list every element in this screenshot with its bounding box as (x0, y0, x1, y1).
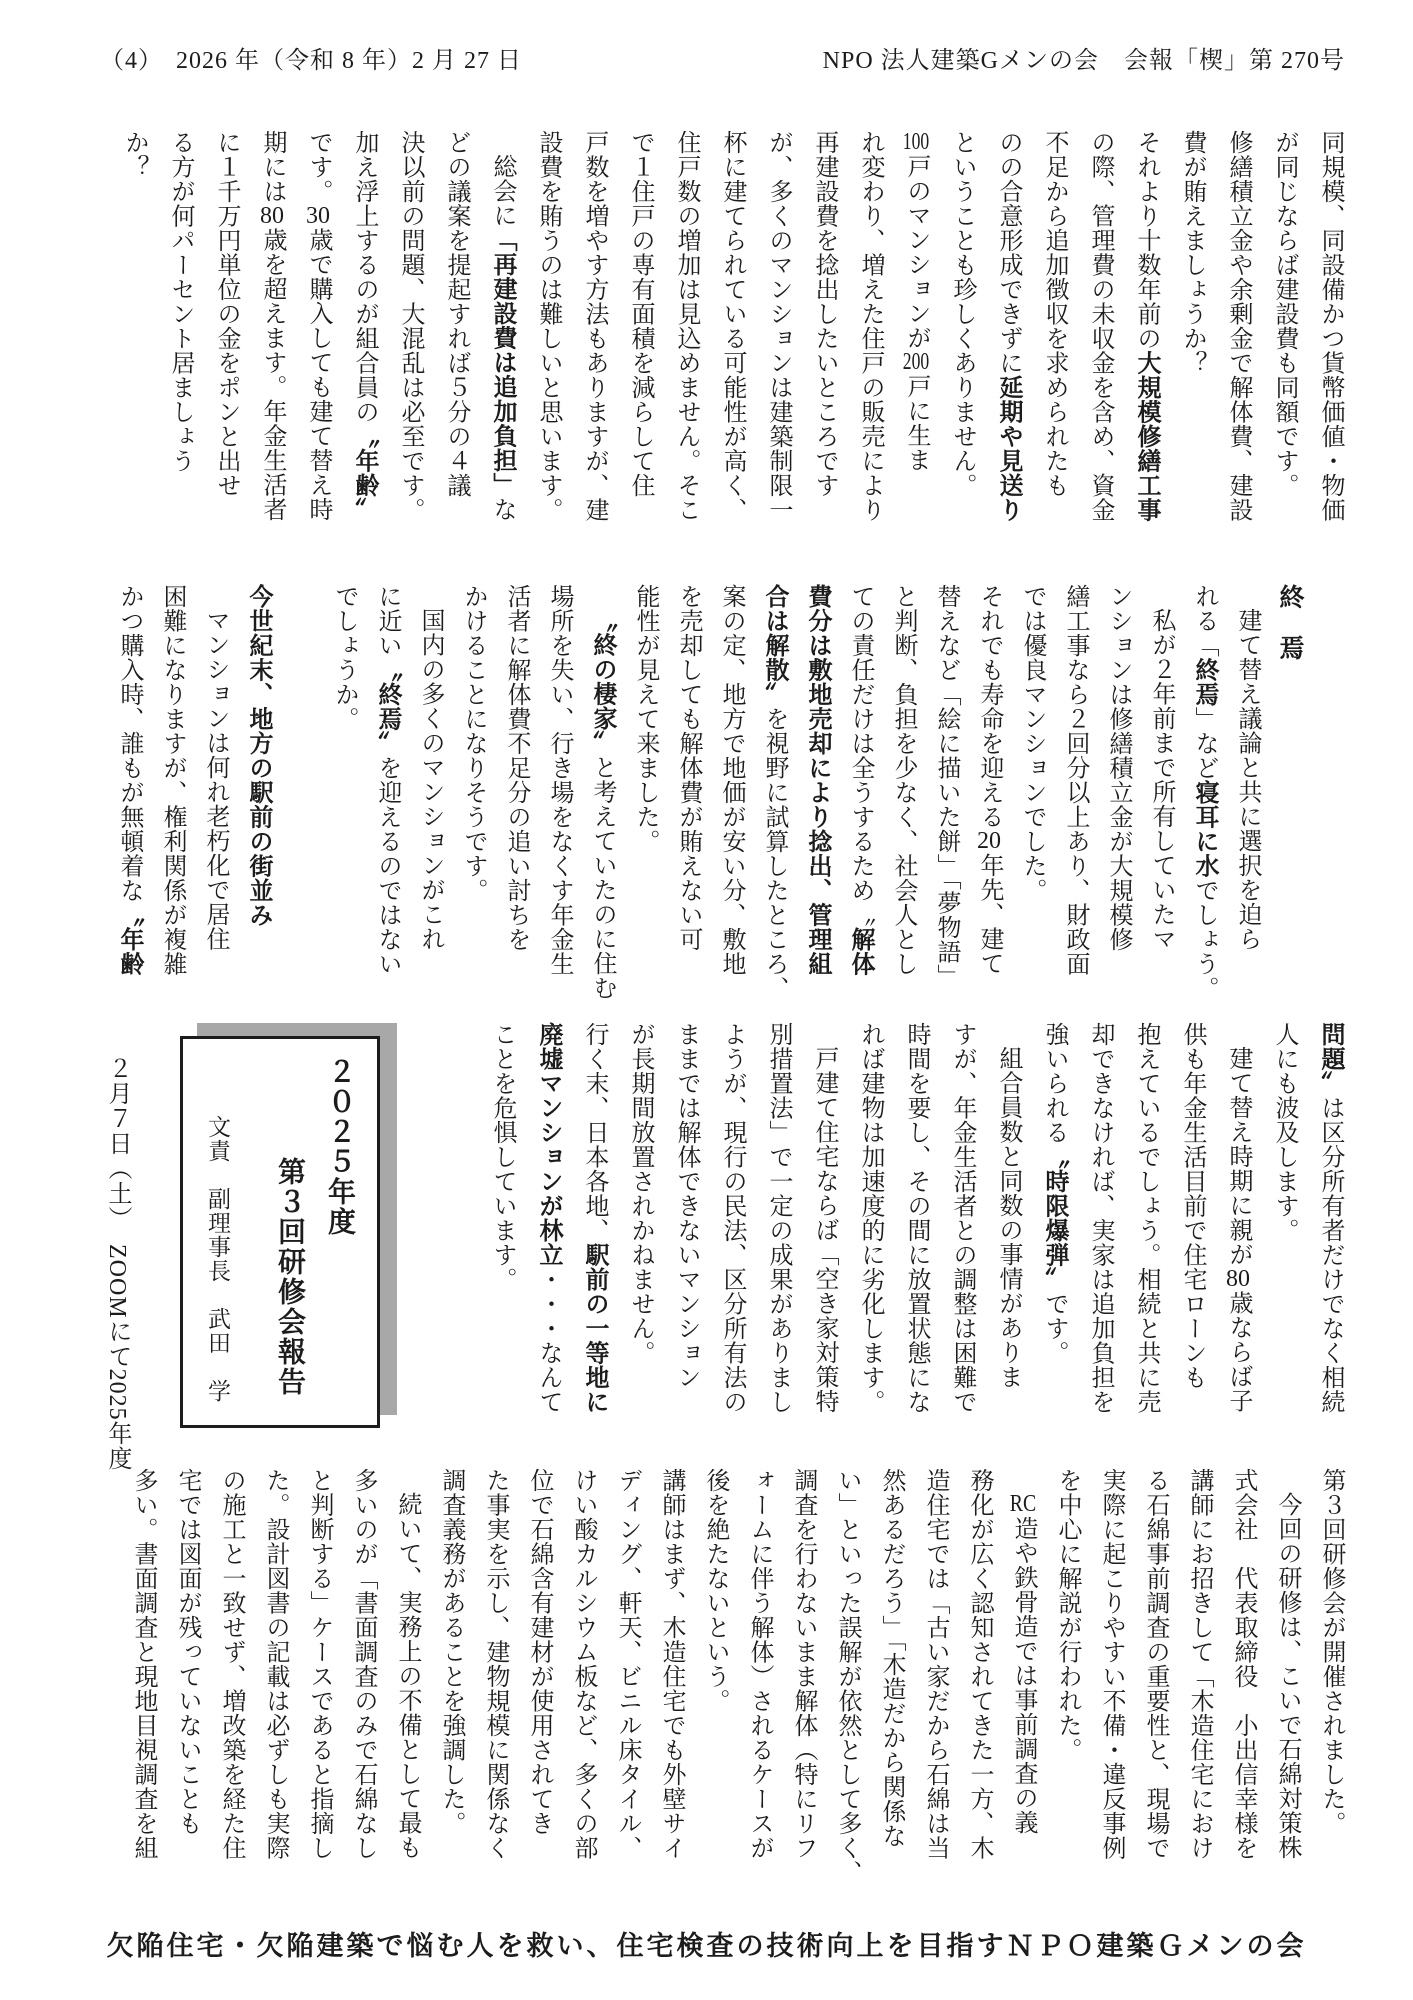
report-date-column: ２月７日（土） ZOOMにて2025年度 (100, 1056, 135, 1436)
text-column: 務化が広く認知されてきた一方、木 (957, 1468, 1001, 1883)
report-title-name: 第３回研修会報告 (265, 1057, 315, 1407)
text-column: が、多くのマンションは建築制限一 (755, 130, 801, 545)
text-column: と判断する」ケースであると指摘し (297, 1468, 341, 1883)
text-column: 組合員数と同数の事情がありま (985, 1022, 1031, 1437)
text-column: 多いのが「書面調査のみで石綿なし (341, 1468, 385, 1883)
text-column: 抱えているでしょう。相続と共に売 (1123, 1022, 1169, 1437)
text-column: れ変わり、増えた住戸の販売により (847, 130, 893, 545)
text-column: ンションは修繕積立金が大規模修 (1096, 584, 1139, 999)
text-column: 戸建て住宅ならば「空き家対策特 (801, 1022, 847, 1437)
text-column: 時間を要し、その間に放置状態にな (893, 1022, 939, 1437)
text-column: 調査義務があることを強調した。 (429, 1468, 473, 1883)
text-column: のの合意形成できずに延期や見送り (985, 130, 1031, 545)
report-title-box: ２０２５年度 第３回研修会報告 文責 副理事長 武田 学 (180, 1036, 380, 1428)
report-credit: 文責 副理事長 武田 学 (197, 1057, 237, 1407)
text-column: 不足から追加徴収を求められたも (1031, 130, 1077, 545)
text-column: で１住戸の専有面積を減らして住 (617, 130, 663, 545)
text-column: かつ購入時、誰もが無頓着な〝年齢 (107, 584, 150, 999)
text-column: 講師にお招きして「木造住宅におけ (1177, 1468, 1221, 1883)
text-column: を売却しても解体費が賄えない可 (666, 584, 709, 999)
text-column: 式会社 代表取締役 小出信幸様を (1221, 1468, 1265, 1883)
text-column: 造住宅では「古い家だから石綿は当 (913, 1468, 957, 1883)
text-column: れば建物は加速度的に劣化します。 (847, 1022, 893, 1437)
text-column: ォームに伴う解体）されるケースが (737, 1468, 781, 1883)
text-column: 実際に起こりやすい不備・違反事例 (1089, 1468, 1133, 1883)
text-column: 強いられる〝時限爆弾〟です。 (1031, 1022, 1077, 1437)
text-column: それでも寿命を迎える20年先、建て (967, 584, 1010, 999)
text-column: 人にも波及します。 (1261, 1022, 1307, 1437)
text-column: 講師はまず、木造住宅でも外壁サイ (649, 1468, 693, 1883)
page-footer-slogan: 欠陥住宅・欠陥建築で悩む人を救い、住宅検査の技術向上を目指すＮＰＯ建築Ｇメンの会 (0, 1924, 1413, 1963)
text-band-1: 同規模、同設備かつ貨幣価値・物価が同じならば建設費も同額です。修繕積立金や余剰金… (111, 130, 1353, 545)
text-column: 修繕積立金や余剰金で解体費、建設 (1215, 130, 1261, 545)
text-column: 替えなど「絵に描いた餅」「夢物語」 (924, 584, 967, 999)
text-column: ようが、現行の民法、区分所有法の (709, 1022, 755, 1437)
text-column: 今世紀末、地方の駅前の街並み (236, 584, 279, 999)
text-column: と判断、負担を少なく、社会人とし (881, 584, 924, 999)
text-column: が同じならば建設費も同額です。 (1261, 130, 1307, 545)
page-header: （4） 2026 年（令和 8 年）2 月 27 日 NPO 法人建築Gメンの会… (0, 40, 1413, 80)
text-column: 位で石綿含有建材が使用されてき (517, 1468, 561, 1883)
text-column: 別措置法」で一定の成果がありまし (755, 1022, 801, 1437)
text-column: 総会に「再建設費は追加負担」な (479, 130, 525, 545)
text-column: 供も年金生活目前で住宅ローンも (1169, 1022, 1215, 1437)
text-column: た事実を示し、建物規模に関係なく (473, 1468, 517, 1883)
text-column: 加え浮上するのが組合員の〝年齢〟 (341, 130, 387, 545)
text-column: 案の定、地方で地価が安い分、敷地 (709, 584, 752, 999)
text-band-2: 終 焉建て替え議論と共に選択を迫られる「終焉」など寝耳に水でしょう。私が２年前ま… (107, 584, 1311, 999)
text-column: 活者に解体費不足分の追い討ちを (494, 584, 537, 999)
text-column: 繕工事なら２回分以上あり、財政面 (1053, 584, 1096, 999)
text-column: る石綿事前調査の重要性と、現場で (1133, 1468, 1177, 1883)
report-title-year: ２０２５年度 (315, 1057, 365, 1407)
text-column: どの議案を提起すれば５分の４議 (433, 130, 479, 545)
text-column: 費が賄えましょうか？ (1169, 130, 1215, 545)
text-column: RC造や鉄骨造では事前調査の義 (1001, 1468, 1045, 1883)
text-column: 多い。書面調査と現地目視調査を組 (121, 1468, 165, 1883)
text-column: 杯に建てられている可能性が高く、 (709, 130, 755, 545)
text-column: 同規模、同設備かつ貨幣価値・物価 (1307, 130, 1353, 545)
newsletter-title: NPO 法人建築Gメンの会 会報「楔」第 270号 (823, 40, 1345, 75)
text-column: を中心に解説が行われた。 (1045, 1468, 1089, 1883)
page-number-date: （4） 2026 年（令和 8 年）2 月 27 日 (100, 40, 522, 75)
text-column: 然あるだろう」「木造だから関係な (869, 1468, 913, 1883)
text-column: 住戸数の増加は見込めません。そこ (663, 130, 709, 545)
text-column: すが、年金生活者との調整は困難で (939, 1022, 985, 1437)
text-band-3: 問題〟は区分所有者だけでなく相続人にも波及します。建て替え時期に親が80歳ならば… (479, 1022, 1353, 1437)
text-band-4: 第３回研修会が開催されました。今回の研修は、こいで石綿対策株式会社 代表取締役 … (121, 1468, 1353, 1883)
text-column: 今回の研修は、こいで石綿対策株 (1265, 1468, 1309, 1883)
text-column: 後を絶たないという。 (693, 1468, 737, 1883)
text-column: 私が２年前まで所有していたマ (1139, 584, 1182, 999)
text-column: ディング、軒天、ビニル床タイル、 (605, 1468, 649, 1883)
text-column: 〝終の棲家〟と考えていたのに住む (580, 584, 623, 999)
text-column: 再建設費を捻出したいところです (801, 130, 847, 545)
text-column: 能性が見えて来ました。 (623, 584, 666, 999)
text-column: 廃墟マンションが林立・・・なんて (525, 1022, 571, 1437)
text-column: かけることになりそうです。 (451, 584, 494, 999)
text-column: です。30歳で購入しても建て替え時 (295, 130, 341, 545)
text-column: に近い〝終焉〟を迎えるのではない (365, 584, 408, 999)
text-column: る方が何パーセント居ましょう (157, 130, 203, 545)
text-column: ままでは解体できないマンション (663, 1022, 709, 1437)
text-column: た。設計図書の記載は必ずしも実際 (253, 1468, 297, 1883)
text-column: では優良マンションでした。 (1010, 584, 1053, 999)
text-column: 調査を行わないまま解体（特にリフ (781, 1468, 825, 1883)
text-column: 却できなければ、実家は追加負担を (1077, 1022, 1123, 1437)
text-column: 宅では図面が残っていないことも (165, 1468, 209, 1883)
text-column: 100戸のマンションが200戸に生ま (893, 130, 939, 545)
text-column: でしょうか。 (322, 584, 365, 999)
text-column: の際、管理費の未収金を含め、資金 (1077, 130, 1123, 545)
text-column: 期には80歳を超えます。年金生活者 (249, 130, 295, 545)
section-heading: 終 焉 (1268, 584, 1311, 999)
text-column: か？ (111, 130, 157, 545)
text-column: 国内の多くのマンションがこれ (408, 584, 451, 999)
text-column: の施工と一致せず、増改築を経た住 (209, 1468, 253, 1883)
text-column: ということも珍しくありません。 (939, 130, 985, 545)
text-column: ての責任だけは全うするため〝解体 (838, 584, 881, 999)
text-column: 合は解散〟を視野に試算したところ、 (752, 584, 795, 999)
text-column: が長期間放置されかねません。 (617, 1022, 663, 1437)
text-column: 建て替え時期に親が80歳ならば子 (1215, 1022, 1261, 1437)
text-column: 戸数を増やす方法もありますが、建 (571, 130, 617, 545)
text-column: 困難になりますが、権利関係が複雑 (150, 584, 193, 999)
text-column: マンションは何れ老朽化で居住 (193, 584, 236, 999)
text-column: 問題〟は区分所有者だけでなく相続 (1307, 1022, 1353, 1437)
column-gap (279, 584, 322, 999)
text-column: れる「終焉」など寝耳に水でしょう。 (1182, 584, 1225, 999)
text-column: に１千万円単位の金をポンと出せ (203, 130, 249, 545)
text-column: 建て替え議論と共に選択を迫ら (1225, 584, 1268, 999)
text-column: 設費を賄うのは難しいと思います。 (525, 130, 571, 545)
text-column: 行く末、日本各地、駅前の一等地に (571, 1022, 617, 1437)
text-column: けい酸カルシウム板など、多くの部 (561, 1468, 605, 1883)
text-column: 続いて、実務上の不備として最も (385, 1468, 429, 1883)
text-column: い」といった誤解が依然として多く、 (825, 1468, 869, 1883)
text-column: 決以前の問題、大混乱は必至です。 (387, 130, 433, 545)
text-column: 第３回研修会が開催されました。 (1309, 1468, 1353, 1883)
text-column: 場所を失い、行き場をなくす年金生 (537, 584, 580, 999)
text-column: ことを危惧しています。 (479, 1022, 525, 1437)
text-column: それより十数年前の大規模修繕工事 (1123, 130, 1169, 545)
text-column: 費分は敷地売却により捻出、管理組 (795, 584, 838, 999)
